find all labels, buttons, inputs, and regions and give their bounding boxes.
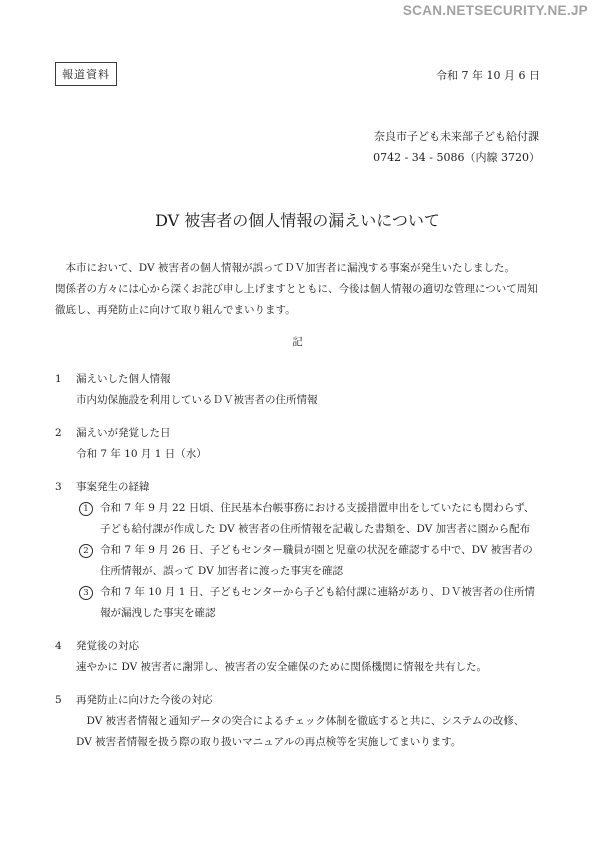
intro-paragraph: 本市において、DV 被害者の個人情報が誤ってＤＶ加害者に漏洩する事案が発生いたし… bbox=[55, 258, 540, 321]
section-heading: 再発防止に向けた今後の対応 bbox=[76, 690, 213, 711]
issue-date: 令和 7 年 10 月 6 日 bbox=[436, 62, 540, 83]
section-leaked-info: 1 漏えいした個人情報 市内幼保施設を利用しているＤＶ被害者の住所情報 bbox=[55, 369, 540, 411]
section-number: 1 bbox=[55, 369, 76, 390]
record-marker: 記 bbox=[55, 332, 540, 353]
sections-list: 1 漏えいした個人情報 市内幼保施設を利用しているＤＶ被害者の住所情報 2 漏え… bbox=[55, 369, 540, 753]
section-body: 速やかに DV 被害者に謝罪し、被害者の安全確保のために関係機関に情報を共有した… bbox=[55, 657, 540, 678]
section-number: 5 bbox=[55, 690, 76, 711]
section-discovery-date: 2 漏えいが発覚した日 令和 7 年 10 月 1 日（水） bbox=[55, 423, 540, 465]
department-name: 奈良市子ども未来部子ども給付課 bbox=[373, 126, 540, 147]
doc-type-label: 報道資料 bbox=[55, 62, 117, 86]
timeline-item-text: 令和 7 年 10 月 1 日、子どもセンターから子ども給付課に連絡があり、ＤＶ… bbox=[100, 582, 540, 624]
phone-number: 0742 - 34 - 5086（内線 3720） bbox=[373, 147, 540, 168]
section-body: 令和 7 年 10 月 1 日（水） bbox=[55, 444, 540, 465]
section-heading: 漏えいした個人情報 bbox=[76, 369, 171, 390]
section-timeline: 3 事案発生の経緯 1 令和 7 年 9 月 22 日頃、住民基本台帳事務におけ… bbox=[55, 477, 540, 624]
timeline-item-text: 令和 7 年 9 月 26 日、子どもセンター職員が園と児童の状況を確認する中で… bbox=[100, 540, 540, 582]
intro-line: 徹底し、再発防止に向けて取り組んでまいります。 bbox=[55, 300, 540, 321]
circled-number-icon: 2 bbox=[79, 540, 100, 582]
section-number: 4 bbox=[55, 636, 76, 657]
circled-number-icon: 1 bbox=[79, 498, 100, 540]
section-heading: 発覚後の対応 bbox=[76, 636, 139, 657]
intro-line: 関係者の方々には心から深くお詫び申し上げますとともに、今後は個人情報の適切な管理… bbox=[55, 279, 540, 300]
contact-block: 奈良市子ども未来部子ども給付課 0742 - 34 - 5086（内線 3720… bbox=[55, 126, 540, 168]
timeline-item: 3 令和 7 年 10 月 1 日、子どもセンターから子ども給付課に連絡があり、… bbox=[79, 582, 540, 624]
timeline-item-text: 令和 7 年 9 月 22 日頃、住民基本台帳事務における支援措置申出をしていた… bbox=[100, 498, 540, 540]
section-heading: 事案発生の経緯 bbox=[76, 477, 150, 498]
page-title: DV 被害者の個人情報の漏えいについて bbox=[55, 210, 540, 232]
section-number: 2 bbox=[55, 423, 76, 444]
intro-line: 本市において、DV 被害者の個人情報が誤ってＤＶ加害者に漏洩する事案が発生いたし… bbox=[55, 258, 540, 279]
circled-number-icon: 3 bbox=[79, 582, 100, 624]
section-body: 市内幼保施設を利用しているＤＶ被害者の住所情報 bbox=[55, 390, 540, 411]
section-heading: 漏えいが発覚した日 bbox=[76, 423, 171, 444]
site-watermark: SCAN.NETSECURITY.NE.JP bbox=[403, 3, 588, 18]
press-release-page: SCAN.NETSECURITY.NE.JP 報道資料 令和 7 年 10 月 … bbox=[0, 0, 595, 841]
section-prevention: 5 再発防止に向けた今後の対応 DV 被害者情報と通知データの突合によるチェック… bbox=[55, 690, 540, 753]
section-body: DV 被害者情報と通知データの突合によるチェック体制を徹底すると共に、システムの… bbox=[55, 711, 540, 753]
timeline-item: 1 令和 7 年 9 月 22 日頃、住民基本台帳事務における支援措置申出をして… bbox=[79, 498, 540, 540]
timeline-item: 2 令和 7 年 9 月 26 日、子どもセンター職員が園と児童の状況を確認する… bbox=[79, 540, 540, 582]
section-response: 4 発覚後の対応 速やかに DV 被害者に謝罪し、被害者の安全確保のために関係機… bbox=[55, 636, 540, 678]
section-number: 3 bbox=[55, 477, 76, 498]
